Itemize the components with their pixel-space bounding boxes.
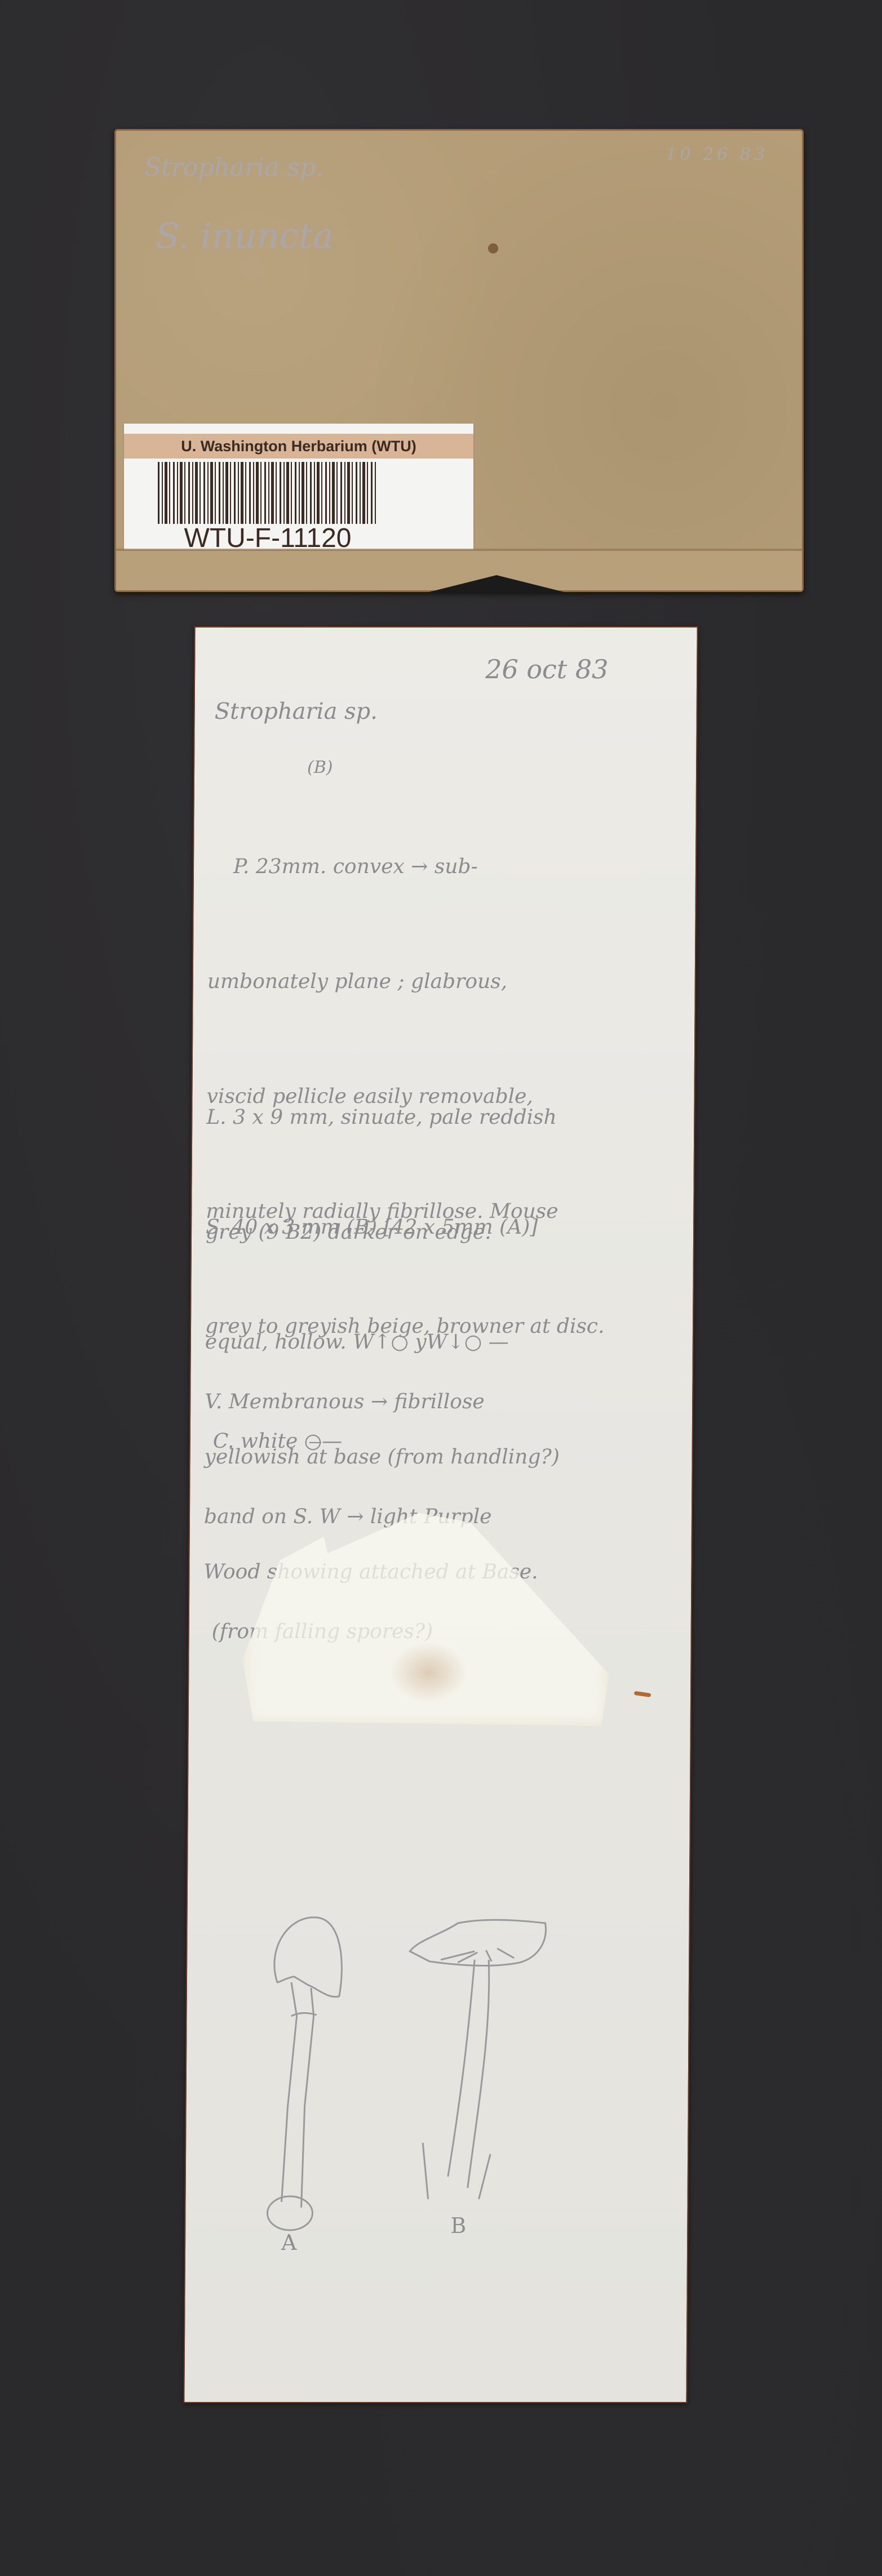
barcode-icon	[158, 462, 378, 524]
note-line: umbonately plane ; glabrous,	[207, 963, 607, 1001]
box-date-note: 10 26 83	[666, 145, 768, 164]
sketch-label-a: A	[281, 2230, 297, 2255]
box-species-note: S. inuncta	[156, 215, 334, 256]
mushroom-sketch-a-icon	[242, 1915, 356, 2232]
field-note-slip: 26 oct 83 Stropharia sp. (B) P. 23mm. co…	[183, 626, 698, 2403]
note-line: V. Membranous → fibrillose	[205, 1383, 493, 1421]
note-line: L. 3 x 9 mm, sinuate, pale reddish	[206, 1098, 557, 1137]
specimen-box: Stropharia sp. S. inuncta 10 26 83 U. Wa…	[114, 129, 804, 592]
collection-date: 26 oct 83	[485, 650, 609, 688]
box-thumb-notch	[429, 575, 564, 592]
slip-genus: Stropharia sp.	[215, 692, 378, 731]
mushroom-sketch-b-icon	[405, 1917, 553, 2213]
rust-fleck	[634, 1691, 651, 1697]
note-line: S. 40 x 3 mm (B) [42 x 5mm (A)]	[206, 1208, 561, 1247]
spore-print-stain	[389, 1641, 468, 1703]
herbarium-name: U. Washington Herbarium (WTU)	[124, 434, 473, 459]
box-stain	[488, 243, 498, 253]
sketch-label-b: B	[450, 2213, 466, 2238]
note-line: P. 23mm. convex → sub-	[208, 848, 608, 886]
box-genus-note: Stropharia sp.	[144, 153, 323, 182]
barcode-label: U. Washington Herbarium (WTU) WTU-F-1112…	[124, 424, 473, 553]
